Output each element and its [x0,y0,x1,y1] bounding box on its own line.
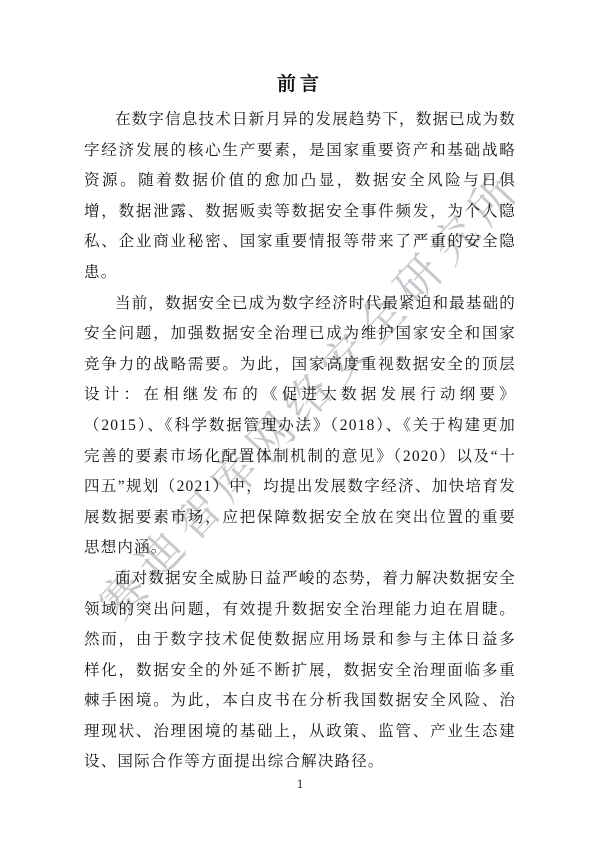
page-content: 前言 在数字信息技术日新月异的发展趋势下，数据已成为数字经济发展的核心生产要素，… [0,0,600,778]
paragraph-3: 面对数据安全威胁日益严峻的态势，着力解决数据安全领域的突出问题，有效提升数据安全… [84,564,516,778]
document-page: 赛迪智库网络安全研究所 前言 在数字信息技术日新月异的发展趋势下，数据已成为数字… [0,0,600,848]
paragraph-2: 当前，数据安全已成为数字经济时代最紧迫和最基础的安全问题，加强数据安全治理已成为… [84,289,516,564]
page-number: 1 [0,776,600,792]
paragraph-1: 在数字信息技术日新月异的发展趋势下，数据已成为数字经济发展的核心生产要素，是国家… [84,105,516,289]
page-title: 前言 [84,69,516,96]
